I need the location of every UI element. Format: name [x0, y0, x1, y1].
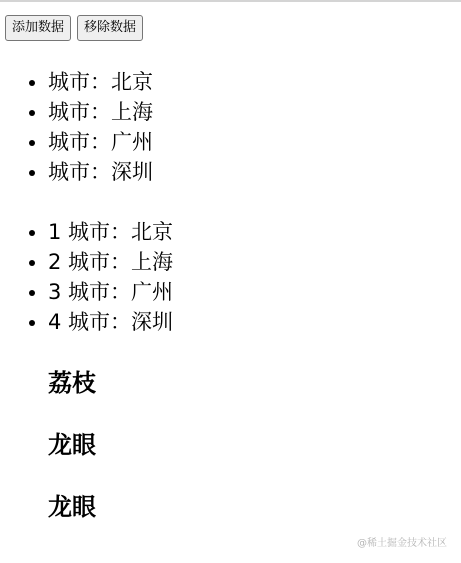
list-item: 城市：深圳 — [48, 157, 153, 187]
city-list: 城市：北京 城市：上海 城市：广州 城市：深圳 — [0, 67, 153, 187]
fruit-heading: 龙眼 — [48, 492, 96, 522]
fruit-heading: 荔枝 — [48, 368, 96, 398]
list-item: 2 城市：上海 — [48, 247, 173, 277]
list-item: 4 城市：深圳 — [48, 307, 173, 337]
toolbar: 添加数据 移除数据 — [5, 15, 143, 41]
add-data-button[interactable]: 添加数据 — [5, 15, 71, 41]
watermark: @稀土掘金技术社区 — [357, 534, 447, 549]
remove-data-button[interactable]: 移除数据 — [77, 15, 143, 41]
fruit-heading: 龙眼 — [48, 430, 96, 460]
list-item: 城市：上海 — [48, 97, 153, 127]
list-item: 1 城市：北京 — [48, 217, 173, 247]
list-item: 城市：广州 — [48, 127, 153, 157]
list-item: 3 城市：广州 — [48, 277, 173, 307]
list-item: 城市：北京 — [48, 67, 153, 97]
indexed-city-list: 1 城市：北京 2 城市：上海 3 城市：广州 4 城市：深圳 — [0, 217, 173, 337]
